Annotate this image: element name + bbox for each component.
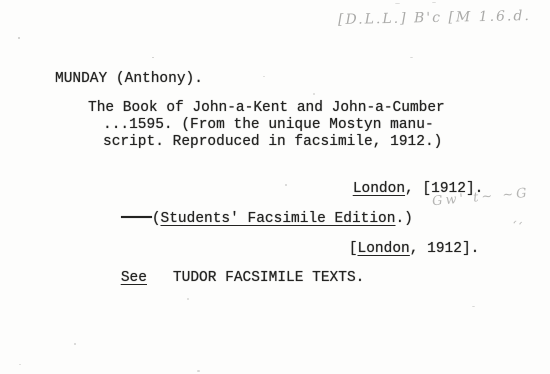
paper-speck — [410, 57, 413, 58]
imprint-2-place: London — [358, 241, 410, 257]
imprint-2-date: , 1912]. — [410, 241, 480, 257]
paper-speck — [395, 3, 400, 4]
paper-speck — [187, 298, 189, 300]
pencil-tick-marks: ʻʻ — [511, 218, 525, 234]
paper-speck — [432, 2, 436, 3]
paper-speck — [285, 184, 287, 186]
see-reference-line: SeeTUDOR FACSIMILE TEXTS. — [86, 253, 364, 304]
paper-speck — [74, 343, 76, 345]
see-label: See — [121, 270, 147, 286]
paper-speck — [18, 37, 20, 39]
pencil-shelfmark-annotation: [D.L.L.] B'c [M 1.6.d. — [338, 8, 531, 28]
paper-speck — [313, 93, 315, 95]
paper-speck — [19, 364, 21, 365]
see-target: TUDOR FACSIMILE TEXTS. — [173, 270, 364, 286]
paper-speck — [152, 57, 154, 58]
title-line-3: script. Reproduced in facsimile, 1912.) — [103, 134, 442, 151]
same-author-dash — [121, 216, 152, 218]
paper-speck — [472, 306, 475, 307]
title-line-2: ...1595. (From the unique Mostyn manu- — [103, 117, 434, 134]
paper-speck — [197, 370, 200, 372]
catalog-card: [D.L.L.] B'c [M 1.6.d. MUNDAY (Anthony).… — [0, 0, 550, 374]
title-line-1: The Book of John-a-Kent and John-a-Cumbe… — [88, 100, 445, 117]
edition-open-paren: ( — [152, 211, 161, 227]
author-heading: MUNDAY (Anthony). — [55, 71, 203, 88]
paper-speck — [263, 76, 265, 77]
